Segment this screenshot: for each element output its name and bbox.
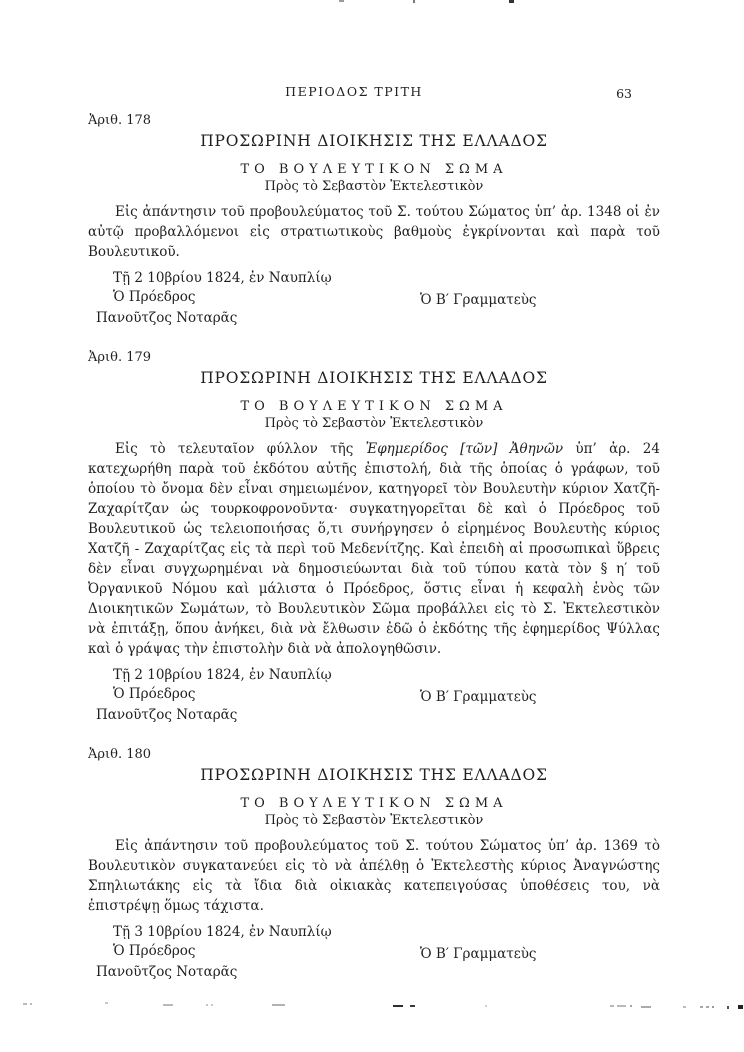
section: Ἀριθ. 178 ΠΡΟΣΩΡΙΝΗ ΔΙΟΙΚΗΣΙΣ ΤΗΣ ΕΛΛΑΔΟ… — [88, 113, 660, 326]
section-date: Τῇ 3 10βρίου 1824, ἐν Ναυπλίῳ — [113, 924, 660, 940]
sections: Ἀριθ. 178 ΠΡΟΣΩΡΙΝΗ ΔΙΟΙΚΗΣΙΣ ΤΗΣ ΕΛΛΑΔΟ… — [88, 113, 660, 980]
president-name: Πανοῦτζος Νοταρᾶς — [96, 310, 660, 326]
paragraph-segment: Εἰς τὸ τελευταῖον φύλλον τῆς — [115, 441, 366, 457]
scan-artifact — [683, 1006, 686, 1008]
scanned-page: ΠΕΡΙΟΔΟΣ ΤΡΙΤΗ 63 Ἀριθ. 178 ΠΡΟΣΩΡΙΝΗ ΔΙ… — [0, 0, 744, 1052]
section-addressee: Πρὸς τὸ Σεβαστὸν Ἐκτελεστικὸν — [88, 416, 660, 431]
section-body-title: ΤΟ ΒΟΥΛΕΥΤΙΚΟΝ ΣΩΜΑ — [88, 162, 660, 177]
section-addressee: Πρὸς τὸ Σεβαστὸν Ἐκτελεστικὸν — [88, 813, 660, 828]
scan-artifact — [206, 1004, 208, 1006]
president-label: Ὁ Πρόεδρος — [113, 943, 195, 959]
president-name: Πανοῦτζος Νοταρᾶς — [96, 964, 660, 980]
scan-artifact — [630, 1005, 632, 1007]
president-label: Ὁ Πρόεδρος — [113, 289, 195, 305]
paragraph-segment: Εἰς ἀπάντησιν τοῦ προβουλεύματος τοῦ Σ. … — [88, 838, 660, 914]
section-date: Τῇ 2 10βρίου 1824, ἐν Ναυπλίῳ — [113, 270, 660, 286]
president-label: Ὁ Πρόεδρος — [113, 686, 195, 702]
page-header: ΠΕΡΙΟΔΟΣ ΤΡΙΤΗ 63 — [88, 84, 660, 101]
section-body-title: ΤΟ ΒΟΥΛΕΥΤΙΚΟΝ ΣΩΜΑ — [88, 399, 660, 414]
section-number: Ἀριθ. 179 — [88, 350, 660, 365]
section-number: Ἀριθ. 180 — [88, 747, 660, 762]
section: Ἀριθ. 179 ΠΡΟΣΩΡΙΝΗ ΔΙΟΙΚΗΣΙΣ ΤΗΣ ΕΛΛΑΔΟ… — [88, 350, 660, 723]
scan-artifact — [641, 1006, 651, 1008]
signature-row: Ὁ Πρόεδρος Ὁ Β′ Γραμματεὺς — [113, 289, 660, 309]
scan-artifact — [610, 1005, 614, 1007]
paragraph-segment: ὑπ’ ἀρ. 24 κατεχωρήθη παρὰ τοῦ ἐκδότου α… — [88, 441, 660, 657]
scan-artifact — [485, 1005, 487, 1007]
scan-artifact — [700, 1006, 703, 1008]
signature-row: Ὁ Πρόεδρος Ὁ Β′ Γραμματεὺς — [113, 686, 660, 706]
scan-artifact — [105, 1002, 108, 1004]
section-title: ΠΡΟΣΩΡΙΝΗ ΔΙΟΙΚΗΣΙΣ ΤΗΣ ΕΛΛΑΔΟΣ — [88, 369, 660, 387]
scan-artifact — [617, 1005, 626, 1007]
secretary-label: Ὁ Β′ Γραμματεὺς — [420, 292, 536, 308]
scan-artifact — [738, 1005, 743, 1009]
president-name: Πανοῦτζος Νοταρᾶς — [96, 707, 660, 723]
paragraph-segment: Ἐφημερίδος [τῶν] Ἀθηνῶν — [366, 441, 563, 457]
scan-artifact — [339, 0, 344, 2]
scan-artifact — [727, 1006, 729, 1009]
running-title: ΠΕΡΙΟΔΟΣ ΤΡΙΤΗ — [285, 84, 463, 99]
section-body-title: ΤΟ ΒΟΥΛΕΥΤΙΚΟΝ ΣΩΜΑ — [88, 796, 660, 811]
section-paragraph: Εἰς τὸ τελευταῖον φύλλον τῆς Ἐφημερίδος … — [88, 439, 660, 659]
scan-artifact — [23, 1003, 27, 1005]
scan-artifact — [413, 0, 415, 3]
paragraph-segment: Εἰς ἀπάντησιν τοῦ προβουλεύματος τοῦ Σ. … — [88, 204, 660, 260]
section-addressee: Πρὸς τὸ Σεβαστὸν Ἐκτελεστικὸν — [88, 179, 660, 194]
scan-artifact — [706, 1006, 709, 1008]
scan-artifact — [509, 0, 514, 3]
section-title: ΠΡΟΣΩΡΙΝΗ ΔΙΟΙΚΗΣΙΣ ΤΗΣ ΕΛΛΑΔΟΣ — [88, 766, 660, 784]
section-paragraph: Εἰς ἀπάντησιν τοῦ προβουλεύματος τοῦ Σ. … — [88, 836, 660, 916]
page-number: 63 — [616, 86, 632, 101]
section-number: Ἀριθ. 178 — [88, 113, 660, 128]
section-paragraph: Εἰς ἀπάντησιν τοῦ προβουλεύματος τοῦ Σ. … — [88, 202, 660, 262]
page-content: ΠΕΡΙΟΔΟΣ ΤΡΙΤΗ 63 Ἀριθ. 178 ΠΡΟΣΩΡΙΝΗ ΔΙ… — [0, 0, 744, 980]
scan-artifact — [272, 1004, 285, 1006]
section-date: Τῇ 2 10βρίου 1824, ἐν Ναυπλίῳ — [113, 667, 660, 683]
secretary-label: Ὁ Β′ Γραμματεὺς — [420, 946, 536, 962]
scan-artifact — [712, 1006, 714, 1008]
secretary-label: Ὁ Β′ Γραμματεὺς — [420, 689, 536, 705]
signature-row: Ὁ Πρόεδρος Ὁ Β′ Γραμματεὺς — [113, 943, 660, 963]
scan-artifact — [393, 1005, 403, 1007]
section-title: ΠΡΟΣΩΡΙΝΗ ΔΙΟΙΚΗΣΙΣ ΤΗΣ ΕΛΛΑΔΟΣ — [88, 132, 660, 150]
scan-artifact — [211, 1004, 213, 1006]
scan-artifact — [410, 1005, 415, 1007]
section: Ἀριθ. 180 ΠΡΟΣΩΡΙΝΗ ΔΙΟΙΚΗΣΙΣ ΤΗΣ ΕΛΛΑΔΟ… — [88, 747, 660, 980]
scan-artifact — [163, 1004, 173, 1006]
scan-artifact — [30, 1003, 32, 1005]
